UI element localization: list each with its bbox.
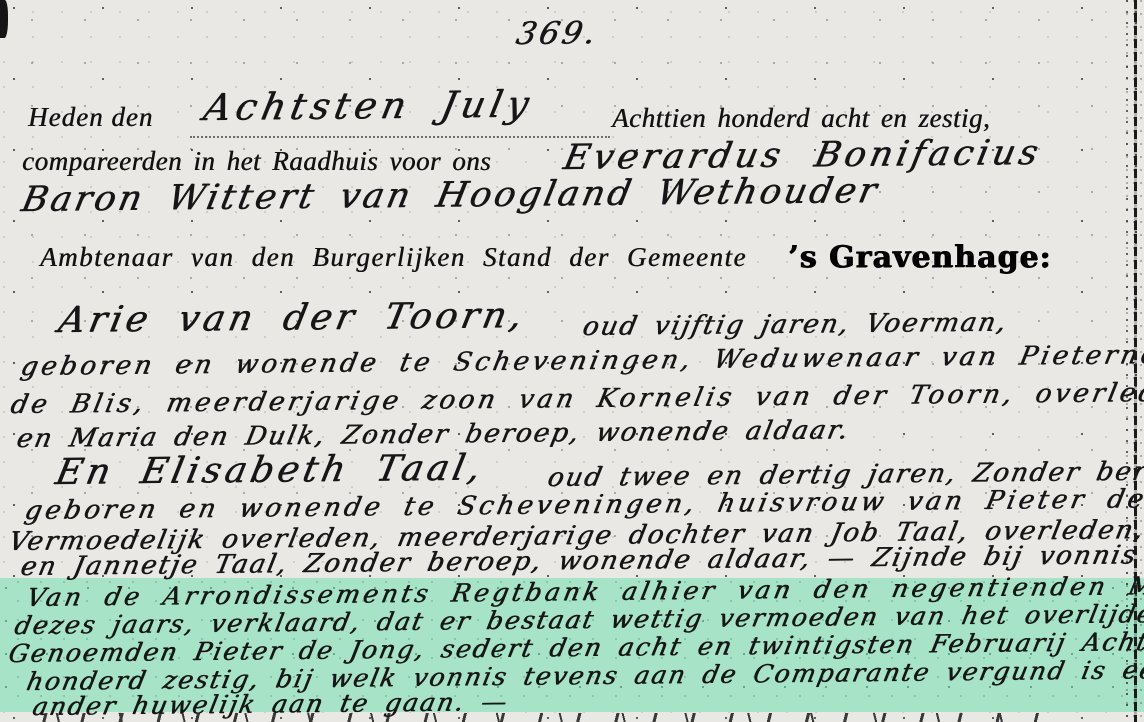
printed-text-ambtenaar: Ambtenaar van den Burgerlijken Stand der… bbox=[40, 242, 747, 273]
page-number: 369. bbox=[513, 15, 601, 52]
printed-text-compareerden: compareerden in het Raadhuis voor ons bbox=[22, 146, 491, 177]
groom-line-3: de Blis, meerderjarige zoon van Kornelis… bbox=[8, 378, 1144, 420]
page-border-line bbox=[1134, 0, 1137, 722]
groom-name: Arie van der Toorn, bbox=[55, 295, 530, 341]
form-dotted-line bbox=[190, 136, 610, 138]
bride-name: En Elisabeth Taal, bbox=[52, 448, 488, 493]
scan-corner-mark bbox=[0, 0, 8, 38]
groom-line-2: geboren en wonende te Scheveningen, Wedu… bbox=[18, 340, 1144, 382]
handwritten-date: Achtsten July bbox=[200, 83, 537, 129]
cutoff-line-fragments bbox=[28, 713, 1048, 722]
handwritten-official-name-2: Baron Wittert van Hoogland Wethouder bbox=[18, 171, 883, 220]
groom-line-1: oud vijftig jaren, Voerman, bbox=[580, 308, 1010, 342]
scan-edge-noise bbox=[1126, 0, 1144, 722]
printed-text-heden: Heden den bbox=[28, 102, 153, 133]
blackletter-city-name: ’s Gravenhage: bbox=[788, 240, 1051, 275]
scanned-registry-page: 369. Heden den Achtsten July Achttien ho… bbox=[0, 0, 1144, 722]
printed-text-year: Achttien honderd acht en zestig, bbox=[612, 103, 990, 134]
